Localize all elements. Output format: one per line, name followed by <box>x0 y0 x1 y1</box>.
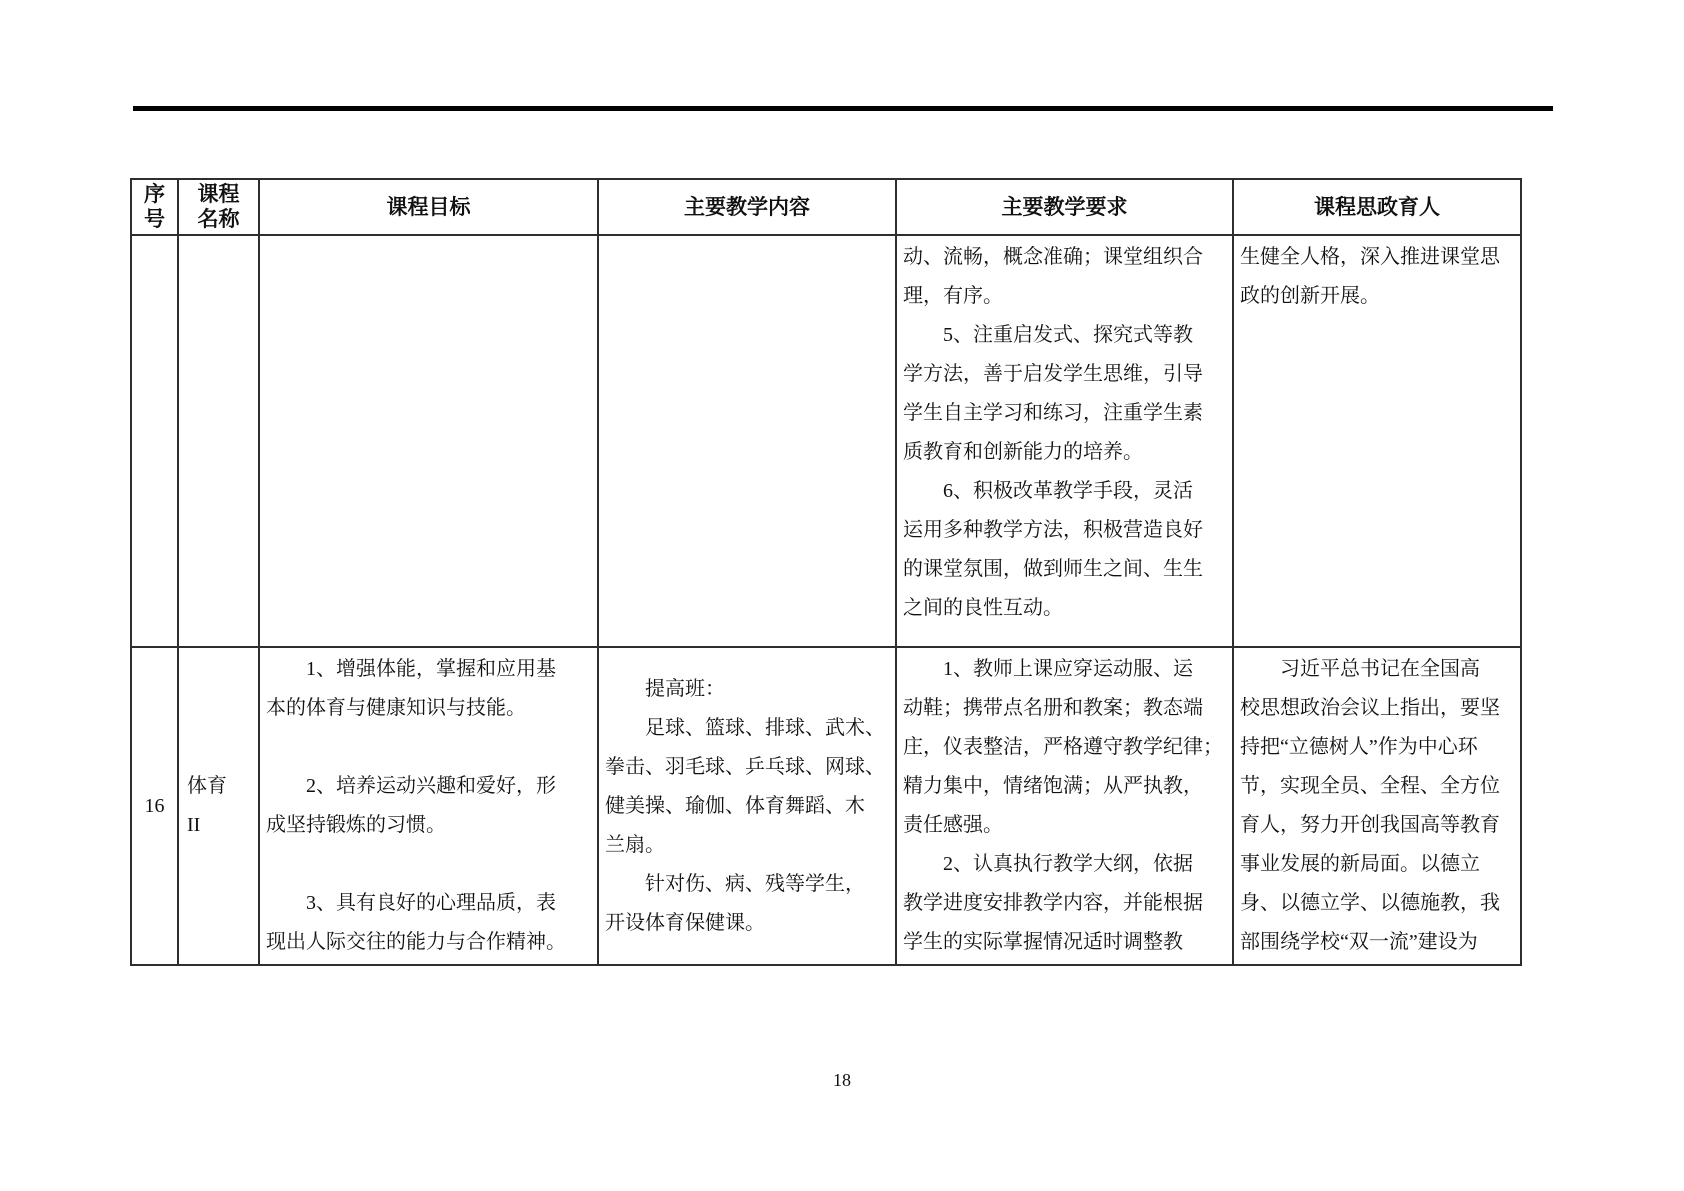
header-course-name: 课程 名称 <box>178 179 259 235</box>
table-row-16: 16 体育 II 1、增强体能，掌握和应用基 本的体育与健康知识与技能。 2、培… <box>131 647 1521 965</box>
course-syllabus-table: 序 号 课程 名称 课程目标 主要教学内容 主要教学要求 课程思政育人 动、流畅… <box>130 178 1522 966</box>
page-number: 18 <box>0 1070 1684 1091</box>
cell-cont-requirements: 动、流畅，概念准确；课堂组织合 理，有序。 5、注重启发式、探究式等教 学方法，… <box>896 235 1233 647</box>
cell-16-course-name: 体育 II <box>178 647 259 965</box>
table-row-continuation: 动、流畅，概念准确；课堂组织合 理，有序。 5、注重启发式、探究式等教 学方法，… <box>131 235 1521 647</box>
cell-cont-course-name <box>178 235 259 647</box>
page-header-rule <box>133 106 1553 111</box>
cell-16-index: 16 <box>131 647 178 965</box>
header-ideology: 课程思政育人 <box>1233 179 1521 235</box>
cell-16-objectives: 1、增强体能，掌握和应用基 本的体育与健康知识与技能。 2、培养运动兴趣和爱好，… <box>259 647 598 965</box>
cell-cont-content <box>598 235 896 647</box>
header-objectives: 课程目标 <box>259 179 598 235</box>
header-index: 序 号 <box>131 179 178 235</box>
header-teaching-requirements: 主要教学要求 <box>896 179 1233 235</box>
cell-cont-objectives <box>259 235 598 647</box>
cell-16-content: 提高班： 足球、篮球、排球、武术、 拳击、羽毛球、乒乓球、网球、 健美操、瑜伽、… <box>598 647 896 965</box>
cell-cont-index <box>131 235 178 647</box>
cell-16-requirements: 1、教师上课应穿运动服、运 动鞋；携带点名册和教案；教态端 庄，仪表整洁，严格遵… <box>896 647 1233 965</box>
table-header-row: 序 号 课程 名称 课程目标 主要教学内容 主要教学要求 课程思政育人 <box>131 179 1521 235</box>
header-teaching-content: 主要教学内容 <box>598 179 896 235</box>
cell-16-ideology: 习近平总书记在全国高 校思想政治会议上指出，要坚 持把“立德树人”作为中心环 节… <box>1233 647 1521 965</box>
cell-cont-ideology: 生健全人格，深入推进课堂思 政的创新开展。 <box>1233 235 1521 647</box>
